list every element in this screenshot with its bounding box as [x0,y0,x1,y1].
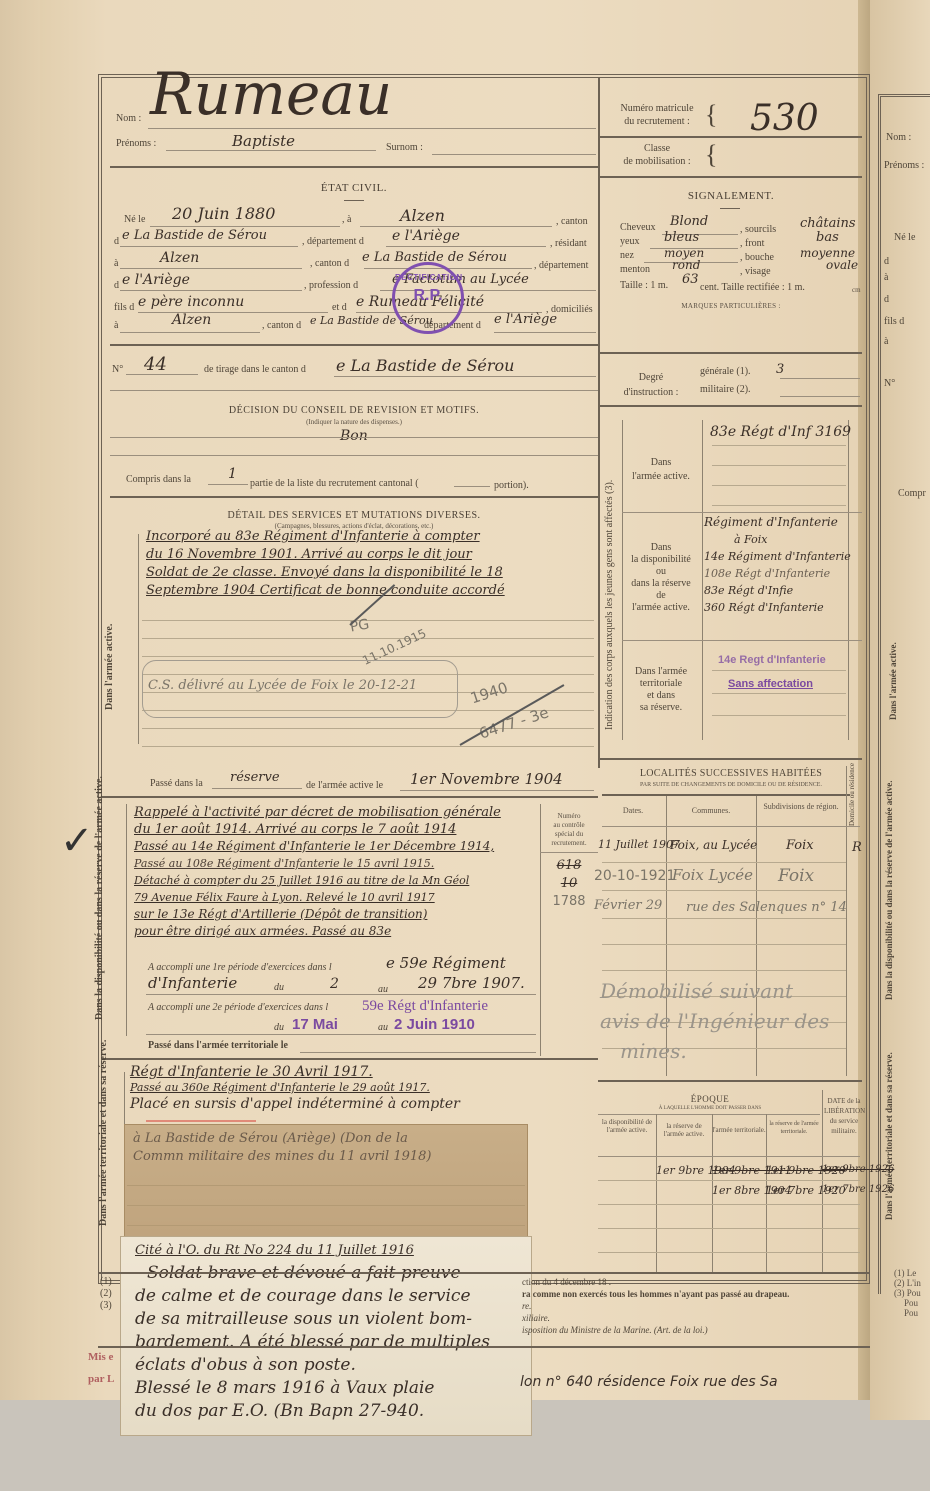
epoque-reserve-value: 1er 9bre 1904 [656,1164,712,1177]
canton-tirage: e La Bastide de Sérou [336,356,514,375]
partie-value: 1 [228,466,237,482]
side-label-active: Dans l'armée active. [104,624,115,710]
canton-naissance: e La Bastide de Sérou [122,228,267,243]
col-communes: Communes. [666,806,756,815]
red-stamp: Mis e par L [88,1346,114,1390]
territoriale-service-lines: Régt d'Infanterie le 30 Avril 1917. Pass… [130,1064,460,1112]
col-dates: Dates. [600,806,666,815]
departement-naissance: e l'Ariège [392,228,460,244]
decision-title: DÉCISION DU CONSEIL DE REVISION ET MOTIF… [110,405,598,416]
exercice-2-au: 2 Juin 1910 [394,1016,475,1033]
left-page-edge [0,0,40,1400]
exercice-1-corps-2: d'Infanterie [148,974,237,992]
localite-row-2-date: 20-10-1921 [594,868,675,884]
taille-value: 63 [682,272,699,287]
surnom-label: Surnom : [386,142,423,153]
localite-row-2-subdivision: Foix [778,866,814,886]
exercice-2-du: 17 Mai [292,1016,338,1033]
pencil-note-cs: C.S. délivré au Lycée de Foix le 20-12-2… [148,678,417,693]
next-prenoms-label: Prénoms : [884,160,924,171]
date-naissance: 20 Juin 1880 [172,204,275,223]
lieu-naissance: Alzen [400,206,445,225]
sourcils-value: châtains [800,216,856,231]
instruction-label: Degré d'instruction : [614,370,688,400]
next-compris-label: Compr [898,488,926,499]
numero-controle-3: 1788 [544,894,594,909]
exercice-1-corps: e 59e Régiment [386,954,506,972]
etat-civil-title: ÉTAT CIVIL. [110,182,598,194]
marques-label: MARQUES PARTICULIÈRES : [600,302,862,310]
attached-note-2: Cité à l'O. du Rt No 224 du 11 Juillet 1… [120,1236,532,1436]
classe-label: Classe de mobilisation : [612,142,702,168]
localite-row-2-commune: Foix Lycée [672,866,753,884]
numero-controle-1: 618 [544,858,594,873]
epoque-col-liberation: DATE de la LIBÉRATION du service militai… [824,1096,864,1136]
footnote-marks: (1) (2) (3) [100,1276,112,1312]
rectification-stamp: RECTIFICATION R.P. [392,262,464,334]
epoque-res-territoriale-value: 1er 7bre 1920 [766,1184,822,1197]
prenoms-value: Baptiste [232,132,295,150]
territoriale-stamp-regt: 14e Regt d'Infanterie [718,654,826,666]
services-title: DÉTAIL DES SERVICES ET MUTATIONS DIVERSE… [110,510,598,521]
col-domicile: Domicile ou résidence [848,763,856,826]
numero-controle-label: Numéro au contrôle spécial du recrutemen… [542,812,596,848]
column-divider [598,78,600,768]
exercice-1-au: 29 7bre 1907. [418,974,525,992]
exercice-1-du: 2 [330,976,339,992]
epoque-col-reserve: la réserve de l'armée active. [656,1122,712,1138]
cheveux-value: Blond [670,214,708,229]
numero-controle-2: 10 [544,876,594,891]
yeux-value: bleus [664,230,699,245]
disponibilite-label: Dans la disponibilité ou dans la réserve… [622,542,700,614]
side-label-territoriale: Dans l'armée territoriale et dans sa rés… [98,1040,109,1226]
residence: Alzen [160,250,199,266]
departement-residence: e l'Ariège [122,272,190,288]
red-underline [146,1120,256,1122]
localite-row-3-date: Février 29 [594,898,662,913]
pere: e père inconnu [138,294,244,310]
next-footnotes: (1) Le (2) L'in (3) Pou Pou Pou [894,1268,921,1318]
next-side-active: Dans l'armée active. [888,642,898,720]
reserve-service-lines: Rappelé à l'activité par décret de mobil… [134,804,501,940]
bottom-note: lon n° 640 résidence Foix rue des Sa [520,1374,778,1390]
epoque-liberation-value: 1er 7bre 1926 [822,1184,864,1195]
localites-title: LOCALITÉS SUCCESSIVES HABITÉES [600,768,862,779]
localite-row-1-subdivision: Foix [786,838,814,853]
active-service-lines: Incorporé au 83e Régiment d'Infanterie à… [146,528,505,600]
signalement-title: SIGNALEMENT. [600,190,862,202]
attached-note-1: à La Bastide de Sérou (Ariège) (Don de l… [124,1124,528,1238]
next-label-d2: d [884,294,889,305]
next-side-reserve: Dans la disponibilité ou dans la réserve… [884,781,894,1001]
next-nom-label: Nom : [886,132,911,143]
active-entry: 83e Régt d'Inf 3169 [710,424,851,440]
front-value: bas [816,230,839,245]
epoque-col-territoriale: l'armée territoriale. [712,1126,766,1134]
affectations-side-label: Indication des corps auxquels les jeunes… [604,480,615,730]
domicile: Alzen [172,312,211,328]
disponibilite-entries: Régiment d'Infanterie à Foix 14e Régimen… [704,514,854,616]
next-label-a: à [884,272,888,283]
epoque-territoriale-struck: 1er 9bre 1911 [712,1164,766,1177]
annotation-pg: PG [349,616,371,635]
matricule-value: 530 [750,98,819,139]
epoque-territoriale-value: 1er 8bre 1904 [712,1184,766,1197]
passe-reserve-value: réserve [230,770,280,785]
passe-reserve-date: 1er Novembre 1904 [410,770,563,788]
next-label-fils: fils d [884,316,904,327]
epoque-res-territoriale-struck: 1er 9bre 1920 [766,1164,822,1177]
side-label-reserve: Dans la disponibilité ou dans la réserve… [94,760,105,1020]
instruction-generale: 3 [776,362,784,377]
matricule-label: Numéro matricule du recrutement : [612,102,702,128]
pencil-note-demobilise: Démobilisé suivant avis de l'Ingénieur d… [600,976,829,1066]
localite-row-1-date: 11 Juillet 1907 [598,838,680,851]
next-label-d: d [884,256,889,267]
check-mark-icon: ✓ [60,818,94,864]
col-subdivisions: Subdivisions de région. [756,802,846,812]
active-label: Dans l'armée active. [622,456,700,484]
departement-domicile: e l'Ariège [494,312,557,327]
localite-row-1-commune: Foix, au Lycée [670,838,757,852]
citation-line: Cité à l'O. du Rt No 224 du 11 Juillet 1… [135,1239,490,1262]
epoque-col-reserve-territoriale: la réserve de l'armée territoriale. [766,1120,822,1136]
visage-value: ovale [826,258,858,272]
territoriale-stamp-sans-affectation: Sans affectation [728,678,813,690]
epoque-title: ÉPOQUE [598,1094,822,1104]
epoque-liberation-struck: 1er 9bre 1926 [822,1164,864,1175]
next-ne-le-label: Né le [894,232,915,243]
next-label-a2: à [884,336,888,347]
decision-value: Bon [340,428,368,444]
next-no-label: N° [884,378,895,389]
menton-value: rond [672,258,700,272]
nom-value: Rumeau [150,60,392,128]
footnote-lines: ction du 4 décembre 18 . ra comme non ex… [522,1276,789,1336]
localite-row-1-mark: R [852,840,862,855]
numero-tirage: 44 [144,354,167,375]
prenoms-label: Prénoms : [116,138,156,149]
nom-label: Nom : [116,113,141,124]
localite-row-3-commune: rue des Salenques n° 14 [686,900,847,915]
next-page-edge: Nom : Prénoms : Né le d à d fils d à N° … [870,0,930,1420]
epoque-col-disponibilite: la disponibilité de l'armée active. [598,1118,656,1134]
exercice-2-corps: 59e Régt d'Infanterie [362,998,488,1015]
territoriale-label: Dans l'armée territoriale et dans sa rés… [622,666,700,714]
